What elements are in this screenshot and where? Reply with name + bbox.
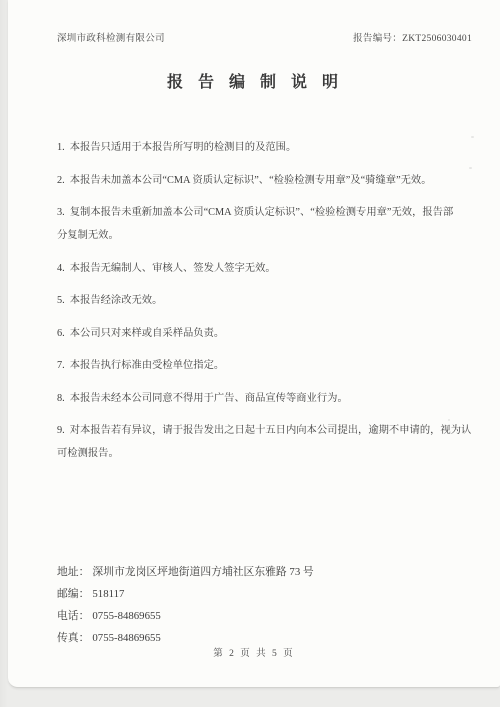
page-title: 报 告 编 制 说 明 — [8, 69, 500, 92]
contact-info: 地址：深圳市龙岗区坪地街道四方埔社区东雅路 73 号 邮编：518117 电话：… — [57, 561, 314, 649]
postal-label: 邮编： — [57, 588, 89, 600]
item-number: 1. — [57, 142, 65, 153]
list-item: 2.本报告未加盖本公司“CMA 资质认定标识”、“检验检测专用章”及“骑缝章”无… — [57, 169, 499, 192]
address-label: 地址： — [57, 566, 89, 578]
document-header: 深圳市政科检测有限公司 报告编号：ZKT2506030401 — [57, 30, 472, 44]
list-item: 1.本报告只适用于本报告所写明的检测目的及范围。 — [57, 136, 499, 159]
page-number-indicator: 第 2 页 共 5 页 — [8, 645, 500, 659]
scanned-page-background: 深圳市政科检测有限公司 报告编号：ZKT2506030401 报 告 编 制 说… — [0, 0, 500, 707]
report-number-value: ZKT2506030401 — [402, 34, 472, 44]
item-text: 本报告无编制人、审核人、签发人签字无效。 — [70, 263, 276, 274]
item-number: 7. — [57, 360, 65, 371]
item-number: 5. — [57, 295, 65, 306]
item-text: 本报告未经本公司同意不得用于广告、商品宣传等商业行为。 — [70, 393, 348, 404]
postal-line: 邮编：518117 — [57, 583, 314, 605]
scan-speck — [469, 167, 472, 169]
list-item: 7.本报告执行标准由受检单位指定。 — [57, 354, 499, 377]
list-item: 3.复制本报告未重新加盖本公司“CMA 资质认定标识”、“检验检测专用章”无效，… — [57, 201, 499, 247]
list-item: 4.本报告无编制人、审核人、签发人签字无效。 — [57, 257, 499, 280]
notes-list: 1.本报告只适用于本报告所写明的检测目的及范围。 2.本报告未加盖本公司“CMA… — [57, 136, 499, 475]
item-text: 对本报告若有异议，请于报告发出之日起十五日内向本公司提出，逾期不申请的，视为认 … — [57, 425, 471, 459]
fax-value: 0755-84869655 — [92, 632, 160, 644]
address-value: 深圳市龙岗区坪地街道四方埔社区东雅路 73 号 — [92, 566, 313, 578]
item-text: 复制本报告未重新加盖本公司“CMA 资质认定标识”、“检验检测专用章”无效，报告… — [57, 207, 453, 241]
item-number: 8. — [57, 393, 65, 404]
list-item: 9.对本报告若有异议，请于报告发出之日起十五日内向本公司提出，逾期不申请的，视为… — [57, 419, 499, 465]
list-item: 5.本报告经涂改无效。 — [57, 289, 499, 312]
item-text: 本报告经涂改无效。 — [70, 295, 163, 306]
item-text: 本公司只对来样或自采样品负责。 — [70, 328, 224, 339]
company-name: 深圳市政科检测有限公司 — [57, 30, 165, 44]
item-number: 9. — [57, 425, 65, 436]
scan-speck — [448, 419, 450, 421]
list-item: 6.本公司只对来样或自采样品负责。 — [57, 322, 499, 345]
phone-label: 电话： — [57, 610, 89, 622]
item-number: 6. — [57, 328, 65, 339]
postal-value: 518117 — [92, 588, 124, 600]
item-number: 3. — [57, 207, 65, 218]
item-text: 本报告未加盖本公司“CMA 资质认定标识”、“检验检测专用章”及“骑缝章”无效。 — [70, 175, 432, 186]
item-text: 本报告只适用于本报告所写明的检测目的及范围。 — [70, 142, 297, 153]
item-number: 4. — [57, 263, 65, 274]
report-paper: 深圳市政科检测有限公司 报告编号：ZKT2506030401 报 告 编 制 说… — [8, 0, 500, 688]
report-number-label: 报告编号： — [353, 34, 402, 44]
list-item: 8.本报告未经本公司同意不得用于广告、商品宣传等商业行为。 — [57, 387, 499, 410]
scan-speck — [471, 136, 474, 138]
address-line: 地址：深圳市龙岗区坪地街道四方埔社区东雅路 73 号 — [57, 561, 314, 583]
phone-line: 电话：0755-84869655 — [57, 605, 314, 627]
fax-label: 传真： — [57, 632, 89, 644]
item-text: 本报告执行标准由受检单位指定。 — [70, 360, 224, 371]
phone-value: 0755-84869655 — [92, 610, 160, 622]
report-number: 报告编号：ZKT2506030401 — [353, 30, 472, 44]
item-number: 2. — [57, 175, 65, 186]
